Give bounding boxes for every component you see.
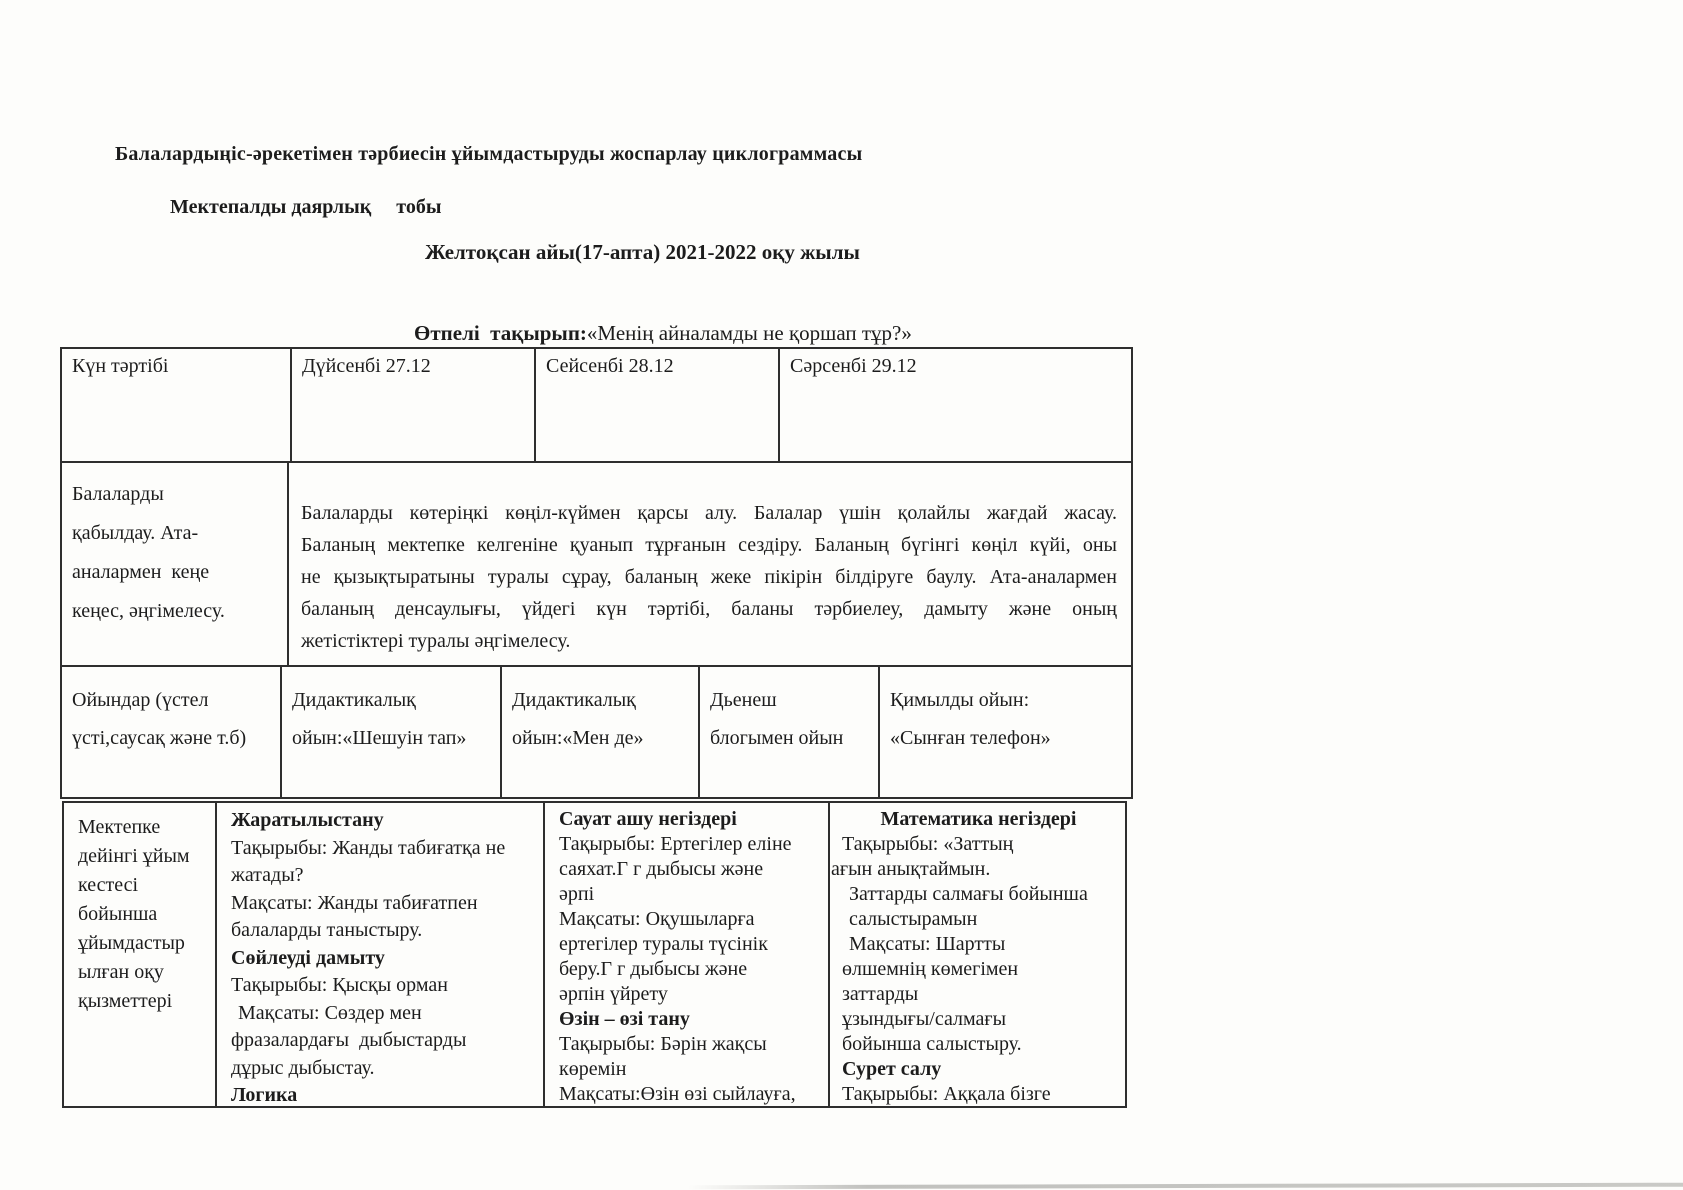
text-line: Сурет салу xyxy=(842,1057,1115,1082)
text-line: «Сынған телефон» xyxy=(890,719,1121,757)
text-line: Тақырыбы: Ертегілер еліне xyxy=(559,832,818,857)
lessons-table: Мектепкедейінгі ұйымкестесібойыншаұйымда… xyxy=(62,801,1127,1108)
game-cell-movement: Қимылды ойын:«Сынған телефон» xyxy=(880,667,1131,797)
reception-description-cell: Балаларды көтеріңкі көңіл-күймен қарсы а… xyxy=(289,463,1131,665)
text-line: Логика xyxy=(231,1082,533,1106)
theme-label: Өтпелі тақырып: xyxy=(414,321,587,345)
text-line: саяхат.Г г дыбысы және xyxy=(559,857,818,882)
header-cell-day-routine: Күн тәртібі xyxy=(62,349,292,461)
text-line: Дидактикалық xyxy=(512,681,688,719)
text-line: Балаларды xyxy=(72,475,277,514)
text-line: Мақсаты: Оқушыларға xyxy=(559,907,818,932)
text-line: Дидактикалық xyxy=(292,681,490,719)
schedule-table: Күн тәртібі Дүйсенбі 27.12 Сейсенбі 28.1… xyxy=(60,347,1133,799)
text-line: Мақсаты: Жанды табиғатпен xyxy=(231,890,533,918)
scanned-document-page: Балалардыңіс-әрекетімен тәрбиесін ұйымда… xyxy=(0,0,1683,1190)
text-line: қабылдау. Ата- xyxy=(72,514,277,553)
scan-edge-shadow xyxy=(688,1183,1683,1190)
text-line: Балаларды көтеріңкі көңіл-күймен қарсы а… xyxy=(301,497,1117,529)
text-line: Мақсаты: Шартты xyxy=(842,932,1115,957)
month-subtitle: Желтоқсан айы(17-апта) 2021-2022 оқу жыл… xyxy=(425,240,860,265)
text-line: Баланың мектепке келгеніне қуанып тұрған… xyxy=(301,529,1117,561)
text-line: Мектепке xyxy=(78,813,205,842)
group-subtitle: Мектепалды даярлық тобы xyxy=(170,196,441,219)
text-line: бойынша xyxy=(78,900,205,929)
text-line: Тақырыбы: «Заттың xyxy=(842,832,1115,857)
text-line: Математика негіздері xyxy=(842,807,1115,832)
text-line: Тақырыбы: Бәрін жақсы xyxy=(559,1032,818,1057)
text-line: өлшемнің көмегімен xyxy=(842,957,1115,982)
text-line: Мақсаты: Сөздер мен xyxy=(231,1000,533,1028)
text-line: не қызықтыратыны туралы сұрау, баланың ж… xyxy=(301,561,1117,593)
text-line: Тақырыбы: Аққала бізге xyxy=(842,1082,1115,1106)
text-line: Тақырыбы: Жанды табиғатқа не xyxy=(231,835,533,863)
text-line: беру.Г г дыбысы және xyxy=(559,957,818,982)
text-line: кеңес, әңгімелесу. xyxy=(72,592,277,631)
game-cell-didactic-2: Дидактикалықойын:«Мен де» xyxy=(502,667,700,797)
text-line: Сауат ашу негіздері xyxy=(559,807,818,832)
text-line: бойынша салыстыру. xyxy=(842,1032,1115,1057)
text-line: жатады? xyxy=(231,862,533,890)
text-line: ұйымдастыр xyxy=(78,929,205,958)
text-line: балаларды таныстыру. xyxy=(231,917,533,945)
text-line: ұзындығы/салмағы xyxy=(842,1007,1115,1032)
table-row-games: Ойындар (үстелүсті,саусақ және т.б) Дида… xyxy=(62,665,1131,797)
text-line: ағын анықтаймын. xyxy=(831,857,1115,882)
theme-value: «Менің айналамды не қоршап тұр?» xyxy=(587,321,912,345)
games-label-cell: Ойындар (үстелүсті,саусақ және т.б) xyxy=(62,667,282,797)
header-cell-monday: Дүйсенбі 27.12 xyxy=(292,349,536,461)
game-cell-didactic-1: Дидактикалықойын:«Шешуін тап» xyxy=(282,667,502,797)
table-row-days-header: Күн тәртібі Дүйсенбі 27.12 Сейсенбі 28.1… xyxy=(62,349,1131,461)
game-cell-dienes-blocks: Дьенешблогымен ойын xyxy=(700,667,880,797)
subject-cell-math-art: Математика негіздеріТақырыбы: «Заттыңағы… xyxy=(830,803,1125,1106)
text-line: жетістіктері туралы әңгімелесу. xyxy=(301,625,1117,657)
text-line: заттарды xyxy=(842,982,1115,1007)
text-line: салыстырамын xyxy=(842,907,1115,932)
reception-label-cell: Балалардықабылдау. Ата-аналармен кеңекең… xyxy=(62,463,289,665)
text-line: Жаратылыстану xyxy=(231,807,533,835)
text-line: Ойындар (үстел xyxy=(72,681,270,719)
text-line: аналармен кеңе xyxy=(72,553,277,592)
text-line: қызметтері xyxy=(78,987,205,1016)
text-line: Мақсаты:Өзін өзі сыйлауға, xyxy=(559,1082,818,1106)
text-line: ылған оқу xyxy=(78,958,205,987)
subject-cell-literacy-selfknowledge: Сауат ашу негіздеріТақырыбы: Ертегілер е… xyxy=(545,803,830,1106)
text-line: блогымен ойын xyxy=(710,719,868,757)
text-line: әрпін үйрету xyxy=(559,982,818,1007)
text-line: ойын:«Мен де» xyxy=(512,719,688,757)
text-line: Заттарды салмағы бойынша xyxy=(842,882,1115,907)
document-title: Балалардыңіс-әрекетімен тәрбиесін ұйымда… xyxy=(115,143,862,166)
text-line: дұрыс дыбыстау. xyxy=(231,1055,533,1083)
table-row-lessons: Мектепкедейінгі ұйымкестесібойыншаұйымда… xyxy=(64,803,1125,1106)
text-line: фразалардағы дыбыстарды xyxy=(231,1027,533,1055)
text-line: Дьенеш xyxy=(710,681,868,719)
text-line: үсті,саусақ және т.б) xyxy=(72,719,270,757)
text-line: дейінгі ұйым xyxy=(78,842,205,871)
text-line: Сөйлеуді дамыту xyxy=(231,945,533,973)
subject-cell-science-speech: ЖаратылыстануТақырыбы: Жанды табиғатқа н… xyxy=(217,803,545,1106)
text-line: әрпі xyxy=(559,882,818,907)
text-line: ойын:«Шешуін тап» xyxy=(292,719,490,757)
text-line: ертегілер туралы түсінік xyxy=(559,932,818,957)
table-row-reception: Балалардықабылдау. Ата-аналармен кеңекең… xyxy=(62,461,1131,665)
header-cell-tuesday: Сейсенбі 28.12 xyxy=(536,349,780,461)
text-line: Тақырыбы: Қысқы орман xyxy=(231,972,533,1000)
text-line: баланың денсаулығы, үйдегі күн тәртібі, … xyxy=(301,593,1117,625)
text-line: Қимылды ойын: xyxy=(890,681,1121,719)
text-line: көремін xyxy=(559,1057,818,1082)
header-cell-wednesday: Сәрсенбі 29.12 xyxy=(780,349,1131,461)
lessons-org-label-cell: Мектепкедейінгі ұйымкестесібойыншаұйымда… xyxy=(64,803,217,1106)
text-line: кестесі xyxy=(78,871,205,900)
text-line: Өзін – өзі тану xyxy=(559,1007,818,1032)
